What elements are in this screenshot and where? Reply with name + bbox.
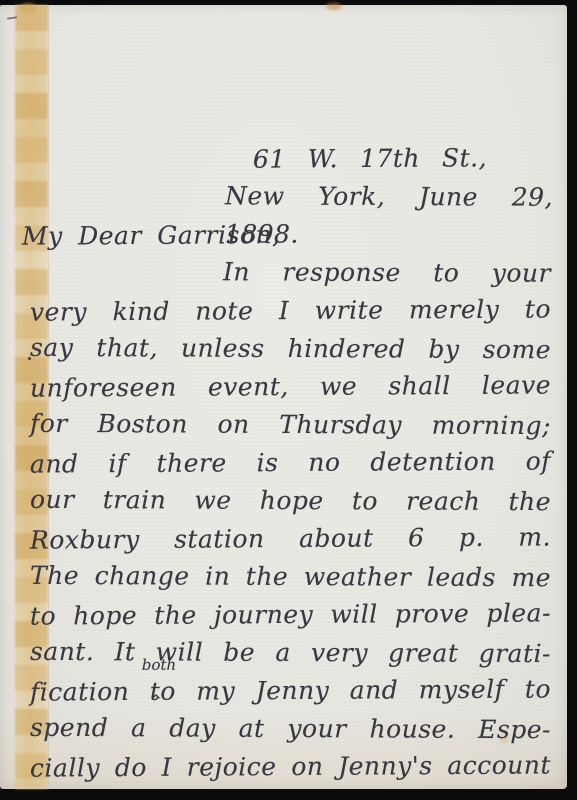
insertion-caret-mark: ^ [150, 694, 162, 708]
body-line-text: The change in the weather leads me [30, 561, 551, 592]
body-line: The change in the weather leads me [30, 557, 551, 597]
stain-spot [20, 3, 36, 12]
body-line-text: Roxbury station about 6 p. m. [30, 522, 551, 554]
body-line: unforeseen event, we shall leave [30, 366, 551, 407]
body-line: fication to my Jenny and myself to both … [30, 670, 551, 711]
body-line: In response to your [223, 253, 551, 292]
address-text: 61 W. 17th St., [253, 143, 487, 173]
body-line-text: and if there is no detention of [30, 446, 551, 478]
body-line: cially do I rejoice on Jenny's account [30, 746, 551, 787]
scan-background: 61 W. 17th St., New York, June 29, 1898.… [0, 0, 577, 800]
body-line-text: say that, unless hindered by some [30, 333, 551, 364]
letter-text: 61 W. 17th St., New York, June 29, 1898.… [0, 140, 567, 786]
body-line-text: fication to my Jenny and myself to [30, 674, 551, 706]
dateline: New York, June 29, 1898. [225, 177, 553, 216]
body-line-text: to hope the journey will prove plea- [30, 598, 551, 630]
body-line-text: cially do I rejoice on Jenny's account [30, 750, 551, 782]
body-line: Roxbury station about 6 p. m. [30, 518, 551, 559]
body-line-text: for Boston on Thursday morning; [30, 409, 551, 440]
body-line-text: unforeseen event, we shall leave [30, 370, 551, 402]
body-line: for Boston on Thursday morning; [30, 405, 551, 445]
body-line-text: sant. It will be a very great grati- [30, 637, 551, 668]
body-line: our train we hope to reach the [30, 481, 551, 521]
body-line: say that, unless hindered by some [30, 329, 551, 369]
body-line: very kind note I write merely to [30, 290, 551, 331]
letter-page: 61 W. 17th St., New York, June 29, 1898.… [0, 5, 567, 789]
body-line: to hope the journey will prove plea- [30, 594, 551, 635]
body-line-text: In response to your [223, 257, 551, 287]
body-line-text: our train we hope to reach the [30, 485, 551, 516]
stain-spot [326, 3, 342, 10]
body-line: sant. It will be a very great grati- [30, 633, 551, 673]
body-line-text: spend a day at your house. Espe- [30, 713, 551, 744]
salutation-text: My Dear Garrison, [22, 220, 281, 251]
body-line: and if there is no detention of [30, 442, 551, 483]
salutation: My Dear Garrison, [22, 214, 567, 255]
insertion-word: both [142, 658, 176, 673]
address-line: 61 W. 17th St., [253, 139, 487, 178]
body-line-text: very kind note I write merely to [30, 294, 551, 326]
body-line: spend a day at your house. Espe- [30, 709, 551, 749]
